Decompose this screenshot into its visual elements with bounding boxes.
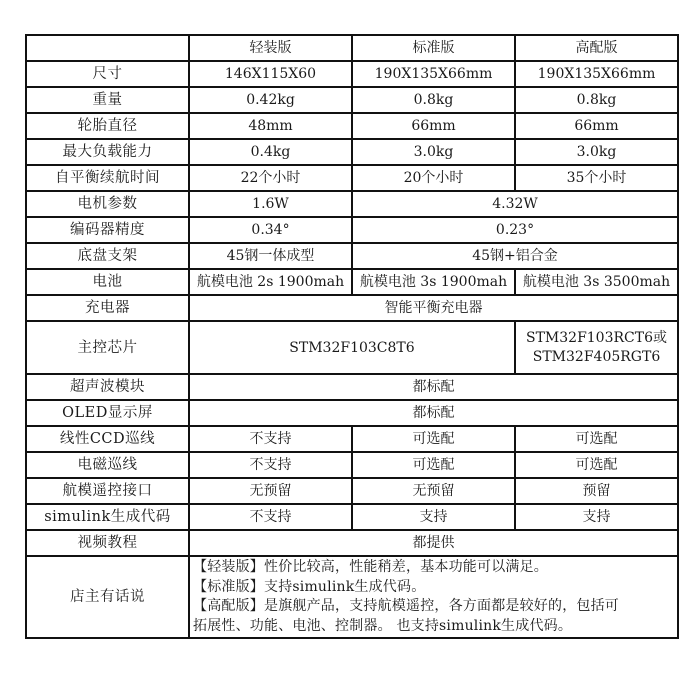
- row-label: 底盘支架: [26, 243, 189, 269]
- cell-standard: 航模电池 3s 1900mah: [352, 269, 515, 295]
- cell-high: 66mm: [515, 113, 678, 139]
- cell-light: 48mm: [189, 113, 352, 139]
- cell-light: 146X115X60: [189, 61, 352, 87]
- cell-high: 支持: [515, 504, 678, 530]
- table-row-rc-interface: 航模遥控接口 无预留 无预留 预留: [26, 478, 678, 504]
- row-label: 线性CCD巡线: [26, 426, 189, 452]
- cell-high: 190X135X66mm: [515, 61, 678, 87]
- header-high-version: 高配版: [515, 35, 678, 61]
- table-row-endurance: 自平衡续航时间 22个小时 20个小时 35个小时: [26, 165, 678, 191]
- row-label: 轮胎直径: [26, 113, 189, 139]
- table-row-oled: OLED显示屏 都标配: [26, 400, 678, 426]
- cell-light: 无预留: [189, 478, 352, 504]
- row-label: OLED显示屏: [26, 400, 189, 426]
- cell-standard: 无预留: [352, 478, 515, 504]
- cell-high: 可选配: [515, 426, 678, 452]
- cell-standard-high-merged: 0.23°: [352, 217, 678, 243]
- cell-standard: 0.8kg: [352, 87, 515, 113]
- table-row-simulink: simulink生成代码 不支持 支持 支持: [26, 504, 678, 530]
- row-label: 尺寸: [26, 61, 189, 87]
- note-line-standard: 【标准版】支持simulink生成代码。: [193, 578, 675, 598]
- cell-standard-high-merged: 4.32W: [352, 191, 678, 217]
- cell-high: 可选配: [515, 452, 678, 478]
- cell-standard: 20个小时: [352, 165, 515, 191]
- row-label: 航模遥控接口: [26, 478, 189, 504]
- table-row-motor: 电机参数 1.6W 4.32W: [26, 191, 678, 217]
- header-corner-cell: [26, 35, 189, 61]
- header-standard-version: 标准版: [352, 35, 515, 61]
- row-label: 视频教程: [26, 530, 189, 556]
- row-label: 电池: [26, 269, 189, 295]
- cell-light: 不支持: [189, 426, 352, 452]
- cell-light: 航模电池 2s 1900mah: [189, 269, 352, 295]
- cell-high: 3.0kg: [515, 139, 678, 165]
- row-label: simulink生成代码: [26, 504, 189, 530]
- table-row-max-load: 最大负载能力 0.4kg 3.0kg 3.0kg: [26, 139, 678, 165]
- cell-standard: 支持: [352, 504, 515, 530]
- cell-standard: 3.0kg: [352, 139, 515, 165]
- cell-light: 0.42kg: [189, 87, 352, 113]
- table-row-ultrasonic: 超声波模块 都标配: [26, 374, 678, 400]
- table-row-charger: 充电器 智能平衡充电器: [26, 295, 678, 321]
- cell-all-merged: 都提供: [189, 530, 678, 556]
- owner-notes-cell: 【轻装版】性价比较高，性能稍差，基本功能可以满足。 【标准版】支持simulin…: [189, 556, 678, 638]
- row-label: 主控芯片: [26, 321, 189, 374]
- row-label: 重量: [26, 87, 189, 113]
- row-label: 编码器精度: [26, 217, 189, 243]
- cell-high: 0.8kg: [515, 87, 678, 113]
- cell-standard: 66mm: [352, 113, 515, 139]
- cell-standard: 190X135X66mm: [352, 61, 515, 87]
- spec-comparison-table: 轻装版 标准版 高配版 尺寸 146X115X60 190X135X66mm 1…: [25, 34, 679, 639]
- row-label: 店主有话说: [26, 556, 189, 638]
- cell-standard: 可选配: [352, 426, 515, 452]
- table-row-chassis: 底盘支架 45钢一体成型 45钢+铝合金: [26, 243, 678, 269]
- table-row-mcu: 主控芯片 STM32F103C8T6 STM32F103RCT6或 STM32F…: [26, 321, 678, 374]
- table-row-encoder: 编码器精度 0.34° 0.23°: [26, 217, 678, 243]
- cell-high: 预留: [515, 478, 678, 504]
- table-header-row: 轻装版 标准版 高配版: [26, 35, 678, 61]
- cell-light: 45钢一体成型: [189, 243, 352, 269]
- row-label: 最大负载能力: [26, 139, 189, 165]
- row-label: 充电器: [26, 295, 189, 321]
- cell-light: 0.4kg: [189, 139, 352, 165]
- cell-high: STM32F103RCT6或 STM32F405RGT6: [515, 321, 678, 374]
- cell-high: 航模电池 3s 3500mah: [515, 269, 678, 295]
- cell-light: 不支持: [189, 504, 352, 530]
- row-label: 超声波模块: [26, 374, 189, 400]
- note-line-high: 【高配版】是旗舰产品，支持航模遥控，各方面都是较好的，包括可: [193, 597, 675, 617]
- cell-light-standard-merged: STM32F103C8T6: [189, 321, 515, 374]
- table-row-size: 尺寸 146X115X60 190X135X66mm 190X135X66mm: [26, 61, 678, 87]
- table-row-ccd-line: 线性CCD巡线 不支持 可选配 可选配: [26, 426, 678, 452]
- table-row-battery: 电池 航模电池 2s 1900mah 航模电池 3s 1900mah 航模电池 …: [26, 269, 678, 295]
- row-label: 电机参数: [26, 191, 189, 217]
- table-row-video: 视频教程 都提供: [26, 530, 678, 556]
- row-label: 电磁巡线: [26, 452, 189, 478]
- note-line-high-continued: 拓展性、功能、电池、控制器。 也支持simulink生成代码。: [193, 617, 675, 637]
- row-label: 自平衡续航时间: [26, 165, 189, 191]
- cell-light: 0.34°: [189, 217, 352, 243]
- table-row-em-line: 电磁巡线 不支持 可选配 可选配: [26, 452, 678, 478]
- cell-light: 不支持: [189, 452, 352, 478]
- cell-standard: 可选配: [352, 452, 515, 478]
- cell-light: 1.6W: [189, 191, 352, 217]
- cell-all-merged: 都标配: [189, 374, 678, 400]
- table-row-weight: 重量 0.42kg 0.8kg 0.8kg: [26, 87, 678, 113]
- cell-standard-high-merged: 45钢+铝合金: [352, 243, 678, 269]
- header-light-version: 轻装版: [189, 35, 352, 61]
- table-row-wheel-diameter: 轮胎直径 48mm 66mm 66mm: [26, 113, 678, 139]
- cell-all-merged: 都标配: [189, 400, 678, 426]
- cell-all-merged: 智能平衡充电器: [189, 295, 678, 321]
- cell-light: 22个小时: [189, 165, 352, 191]
- table-row-owner-notes: 店主有话说 【轻装版】性价比较高，性能稍差，基本功能可以满足。 【标准版】支持s…: [26, 556, 678, 638]
- note-line-light: 【轻装版】性价比较高，性能稍差，基本功能可以满足。: [193, 558, 675, 578]
- cell-high: 35个小时: [515, 165, 678, 191]
